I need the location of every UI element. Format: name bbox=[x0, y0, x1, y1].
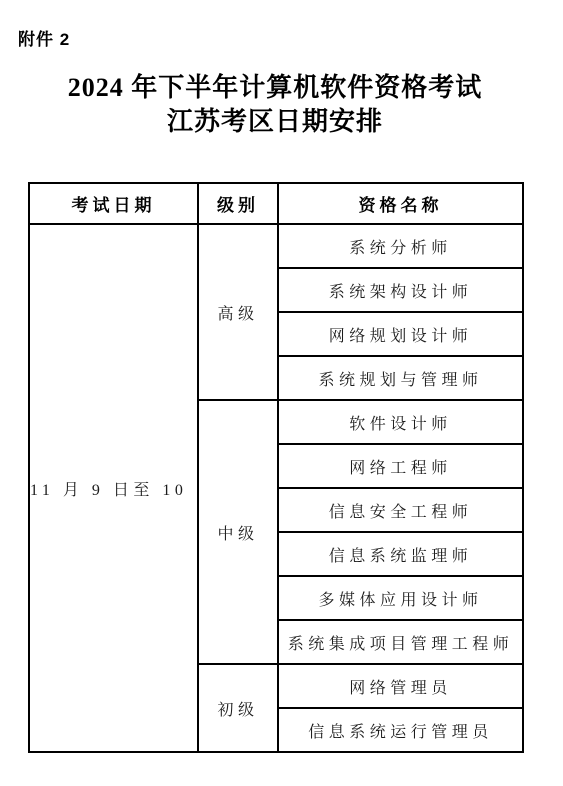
qualification-cell: 系统架构设计师 bbox=[278, 268, 523, 312]
header-row: 考试日期 级别 资格名称 bbox=[29, 183, 523, 224]
qualification-cell: 系统集成项目管理工程师 bbox=[278, 620, 523, 664]
exam-schedule-table: 考试日期 级别 资格名称 11 月 9 日至 10 日 高级 系统分析师 系统架… bbox=[28, 182, 524, 753]
qualification-cell: 信息安全工程师 bbox=[278, 488, 523, 532]
level-cell-senior: 高级 bbox=[198, 224, 278, 400]
qualification-cell: 系统分析师 bbox=[278, 224, 523, 268]
level-cell-intermediate: 中级 bbox=[198, 400, 278, 664]
attachment-label: 附件 2 bbox=[18, 25, 70, 50]
document-title-line1: 2024 年下半年计算机软件资格考试 bbox=[28, 71, 522, 105]
qualification-cell: 网络规划设计师 bbox=[278, 312, 523, 356]
qualification-cell: 网络管理员 bbox=[278, 664, 523, 708]
header-qualification-name: 资格名称 bbox=[278, 183, 523, 224]
exam-date-cell: 11 月 9 日至 10 日 bbox=[29, 224, 198, 752]
header-level: 级别 bbox=[198, 183, 278, 224]
table-row: 11 月 9 日至 10 日 高级 系统分析师 bbox=[29, 224, 523, 268]
qualification-cell: 软件设计师 bbox=[278, 400, 523, 444]
qualification-cell: 信息系统监理师 bbox=[278, 532, 523, 576]
document-title-line2: 江苏考区日期安排 bbox=[28, 105, 522, 139]
qualification-cell: 信息系统运行管理员 bbox=[278, 708, 523, 752]
document-page: 附件 2 2024 年下半年计算机软件资格考试 江苏考区日期安排 考试日期 级别… bbox=[0, 0, 563, 786]
level-cell-elementary: 初级 bbox=[198, 664, 278, 752]
document-title: 2024 年下半年计算机软件资格考试 江苏考区日期安排 bbox=[28, 71, 522, 139]
qualification-cell: 网络工程师 bbox=[278, 444, 523, 488]
qualification-cell: 多媒体应用设计师 bbox=[278, 576, 523, 620]
header-exam-date: 考试日期 bbox=[29, 183, 198, 224]
qualification-cell: 系统规划与管理师 bbox=[278, 356, 523, 400]
